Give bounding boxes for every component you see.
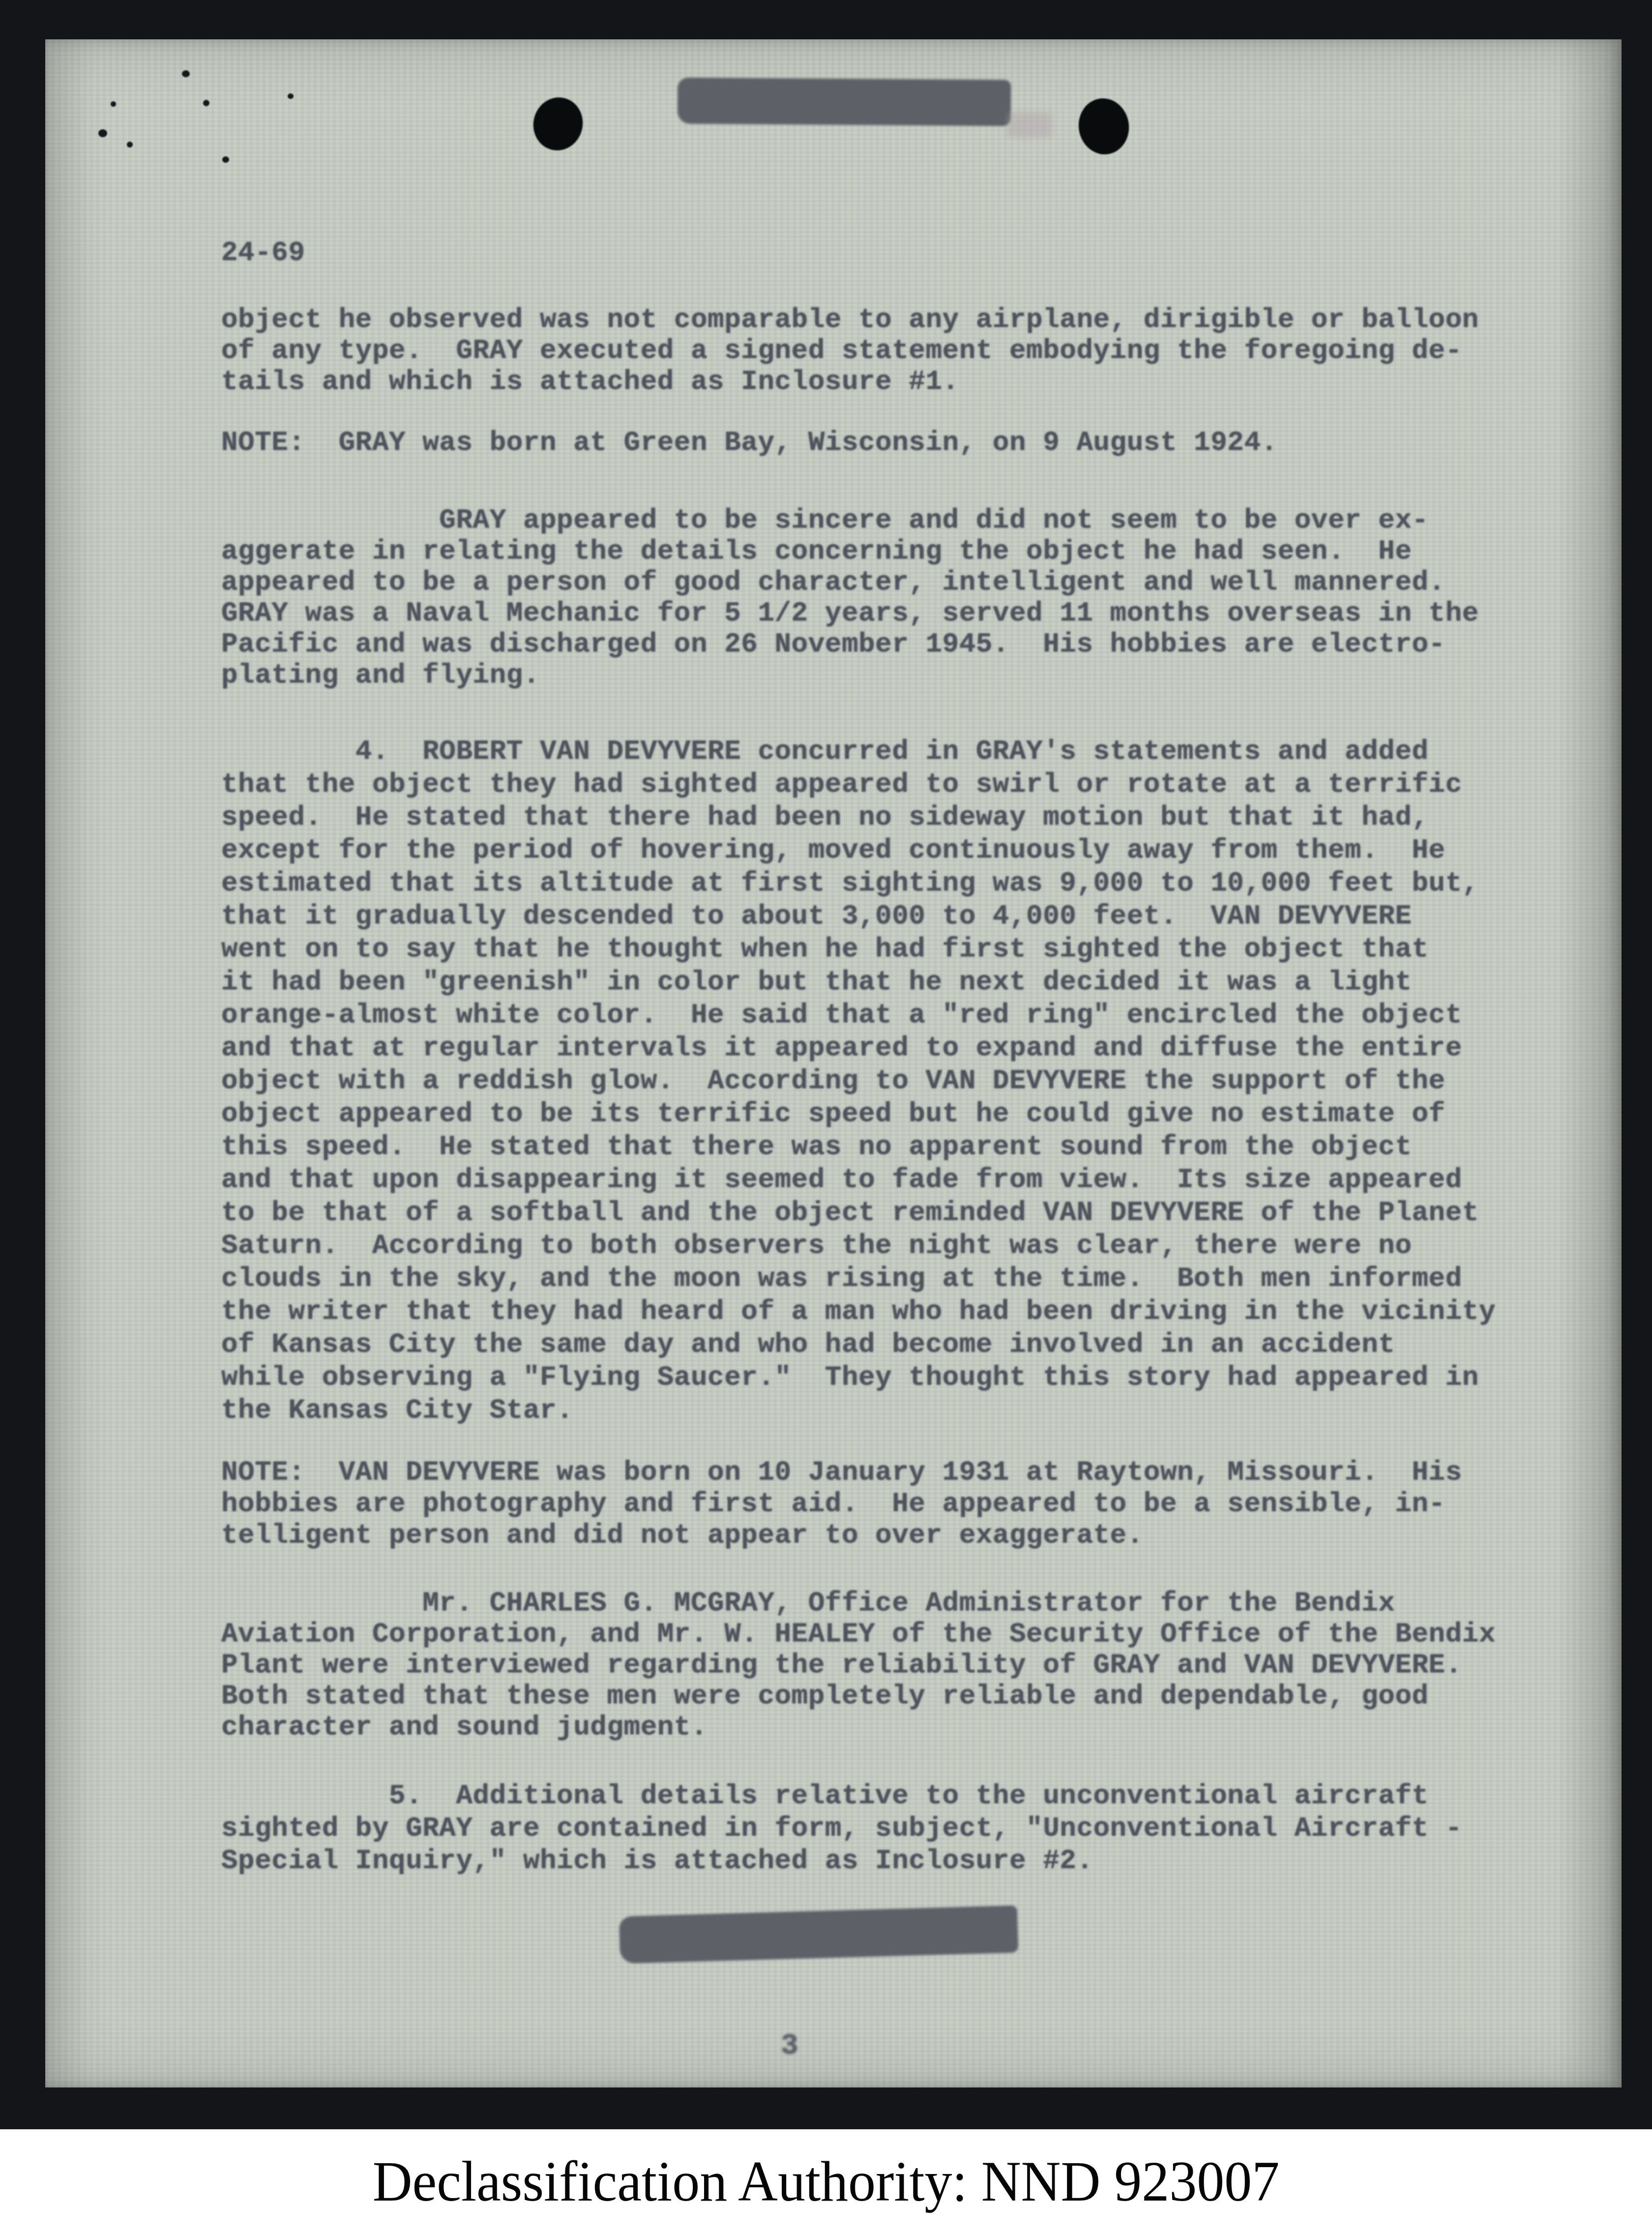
typed-paragraph-mcgray: Mr. CHARLES G. MCGRAY, Office Administra… [221,1588,1496,1743]
header-code: 24-69 [221,238,305,268]
typed-paragraph-gray-character: GRAY appeared to be sincere and did not … [221,505,1479,691]
declassification-footer: Declassification Authority: NND 923007 [0,2129,1652,2235]
typed-paragraph-5-inclosure: 5. Additional details relative to the un… [221,1780,1462,1877]
pencil-speck [111,101,116,107]
ink-smudge [1007,112,1052,138]
pencil-speck [127,142,133,148]
typed-paragraph-4-vandevyvere: 4. ROBERT VAN DEVYVERE concurred in GRAY… [221,735,1496,1427]
typed-paragraph-object: object he observed was not comparable to… [221,304,1479,397]
typed-note-vandevyvere: NOTE: VAN DEVYVERE was born on 10 Januar… [221,1457,1462,1551]
scanned-document: 24-69 object he observed was not compara… [0,0,1652,2235]
page-number: 3 [781,2030,799,2062]
redaction-mark-top [678,78,1011,126]
pencil-speck [98,129,107,137]
pencil-speck [222,156,229,163]
typed-note-gray: NOTE: GRAY was born at Green Bay, Wiscon… [221,427,1278,458]
pencil-speck [182,70,190,77]
pencil-speck [288,93,294,99]
declassification-authority-text: Declassification Authority: NND 923007 [373,2149,1280,2215]
pencil-speck [203,100,209,106]
